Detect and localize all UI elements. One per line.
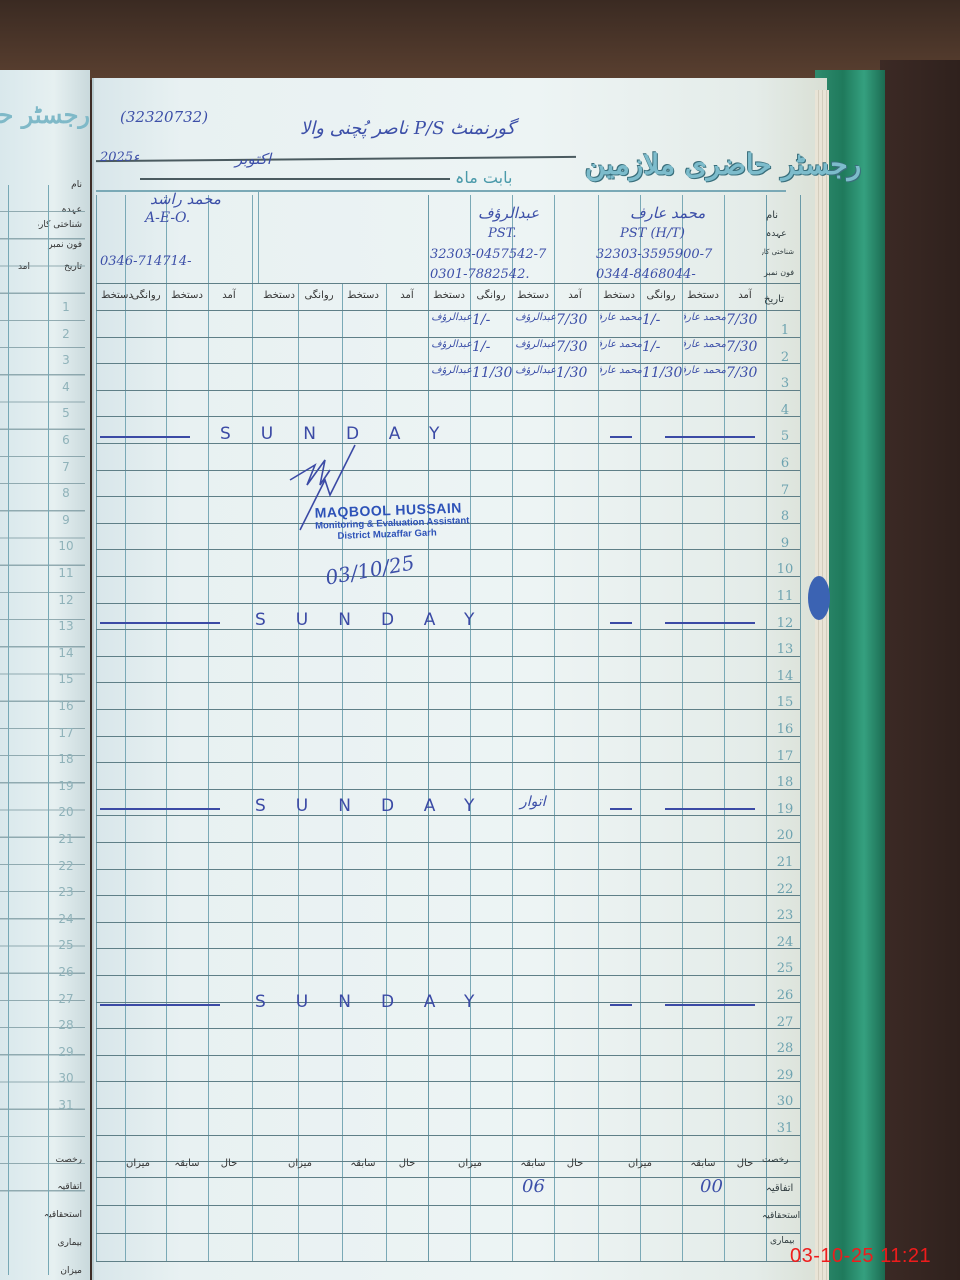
- grid-vertical-line: [166, 195, 167, 1262]
- left-day-number: 3: [52, 353, 80, 367]
- left-day-number: 25: [52, 938, 80, 952]
- left-page-title: رجسٹر حاضری: [0, 100, 90, 129]
- entry-arrival: 7/30: [726, 339, 768, 355]
- employee-2-cnic: 32303-0457542-7: [430, 247, 546, 262]
- label-designation: عہدہ: [766, 229, 787, 239]
- leave-subheader: سابقہ: [682, 1158, 724, 1169]
- leave-row-casual: اتفاقیہ: [766, 1183, 793, 1194]
- left-day-number: 12: [52, 593, 80, 607]
- left-day-number: 8: [52, 486, 80, 500]
- entry-sign-out: عبدالرؤف: [430, 365, 472, 376]
- leave-subheader: حال: [208, 1158, 250, 1169]
- column-header: دستخط: [258, 290, 300, 301]
- column-header: روانگی: [298, 290, 340, 301]
- column-header: آمد: [554, 290, 596, 301]
- school-code: (32320732): [120, 108, 208, 126]
- leave-subheader: میزان: [96, 1158, 180, 1169]
- grid-horizontal-line: [96, 842, 800, 843]
- employee-2-phone: 0301-7882542.: [430, 267, 530, 282]
- left-day-number: 11: [52, 566, 80, 580]
- sunday-dash: [665, 436, 755, 438]
- sunday-dash: [665, 622, 755, 624]
- leave-header: رخصت: [762, 1155, 789, 1165]
- grid-vertical-line: [554, 195, 555, 1262]
- grid-horizontal-line: [96, 682, 800, 683]
- leave-subheader: حال: [554, 1158, 596, 1169]
- sunday-note: اتوار: [520, 794, 546, 810]
- day-number: 31: [770, 1121, 800, 1136]
- grid-vertical-line: [208, 195, 209, 1262]
- column-header: دستخط: [428, 290, 470, 301]
- grid-horizontal-line: [96, 789, 800, 790]
- entry-sign-out: عبدالرؤف: [430, 339, 472, 350]
- background-top: [0, 0, 960, 80]
- left-day-number: 2: [52, 327, 80, 341]
- employee-1-designation: PST (H/T): [620, 226, 685, 241]
- left-day-number: 4: [52, 380, 80, 394]
- leave-subheader: حال: [386, 1158, 428, 1169]
- day-number: 20: [770, 828, 800, 843]
- left-day-number: 19: [52, 779, 80, 793]
- entry-sign-in: عبدالرؤف: [514, 365, 556, 376]
- day-number: 14: [770, 669, 800, 684]
- register-title: رجسٹر حاضری ملازمین: [585, 148, 861, 181]
- entry-sign-in: محمد عارف: [684, 365, 726, 376]
- entry-arrival: 7/30: [726, 365, 768, 381]
- left-day-number: 30: [52, 1071, 80, 1085]
- photo-timestamp: 03-10-25 11:21: [790, 1245, 931, 1268]
- left-day-number: 16: [52, 699, 80, 713]
- left-day-number: 18: [52, 752, 80, 766]
- day-number: 25: [770, 961, 800, 976]
- grid-horizontal-line: [96, 1055, 800, 1056]
- employee-2-designation: PST.: [488, 226, 517, 241]
- day-number: 18: [770, 775, 800, 790]
- left-footer-sick: بیماری: [38, 1238, 82, 1248]
- footer-line: [96, 1233, 800, 1234]
- school-name: گورنمنٹ P/S ناصر پُچنی والا: [300, 118, 515, 139]
- grid-horizontal-line: [96, 310, 800, 311]
- left-day-number: 21: [52, 832, 80, 846]
- left-day-number: 6: [52, 433, 80, 447]
- month-label: بابت ماہ: [455, 168, 512, 187]
- column-header: دستخط: [598, 290, 640, 301]
- leave-subheader: میزان: [428, 1158, 512, 1169]
- leave-subheader: میزان: [598, 1158, 682, 1169]
- day-number: 30: [770, 1094, 800, 1109]
- entry-departure: 11/30: [642, 365, 684, 381]
- grid-vertical-line: [125, 195, 126, 1262]
- sunday-dash: [610, 1004, 632, 1006]
- grid-horizontal-line: [96, 1081, 800, 1082]
- grid-horizontal-line: [96, 363, 800, 364]
- day-number: 26: [770, 988, 800, 1003]
- sunday-dash: [665, 1004, 755, 1006]
- grid-vertical-line: [470, 195, 471, 1262]
- sunday-dash: [100, 622, 220, 624]
- left-day-number: 14: [52, 646, 80, 660]
- sunday-label: SUNDAY: [255, 610, 504, 630]
- left-day-number: 27: [52, 992, 80, 1006]
- grid-horizontal-line: [96, 549, 800, 550]
- entry-sign-in: عبدالرؤف: [514, 312, 556, 323]
- employee-1-name: محمد عارف: [630, 204, 705, 222]
- grid-horizontal-line: [96, 496, 800, 497]
- entry-sign-in: عبدالرؤف: [514, 339, 556, 350]
- leave-subheader: سابقہ: [342, 1158, 384, 1169]
- day-number: 4: [770, 403, 800, 418]
- entry-sign-out: محمد عارف: [600, 312, 642, 323]
- day-number: 5: [770, 429, 800, 444]
- year: 2025ء: [100, 150, 139, 165]
- sunday-dash: [100, 436, 190, 438]
- left-day-number: 1: [52, 300, 80, 314]
- day-number: 12: [770, 616, 800, 631]
- entry-arrival: 7/30: [556, 339, 598, 355]
- day-number: 9: [770, 536, 800, 551]
- entry-arrival: 1/30: [556, 365, 598, 381]
- column-header: روانگی: [640, 290, 682, 301]
- column-header: دستخط: [166, 290, 208, 301]
- sunday-dash: [610, 808, 632, 810]
- left-day-number: 15: [52, 672, 80, 686]
- footer-line: [96, 1177, 800, 1178]
- day-number: 3: [770, 376, 800, 391]
- label-date: تاریخ: [764, 294, 784, 305]
- grid-horizontal-line: [96, 922, 800, 923]
- entry-departure: 1/-: [642, 339, 684, 355]
- day-number: 10: [770, 562, 800, 577]
- day-number: 15: [770, 695, 800, 710]
- entry-departure: 1/-: [642, 312, 684, 328]
- day-number: 8: [770, 509, 800, 524]
- left-day-number: 22: [52, 859, 80, 873]
- grid-vertical-line: [252, 195, 253, 1262]
- employee-1-phone: 0344-8468044-: [596, 267, 696, 282]
- left-footer-total: میزان: [38, 1266, 82, 1276]
- grid-vertical-line: [96, 195, 97, 1262]
- leave-subheader: حال: [724, 1158, 766, 1169]
- entry-arrival: 7/30: [726, 312, 768, 328]
- grid-horizontal-line: [96, 603, 800, 604]
- day-number: 11: [770, 589, 800, 604]
- employee-4-name: محمد راشد: [150, 190, 221, 208]
- column-header: آمد: [724, 290, 766, 301]
- page-edges: [815, 90, 829, 1280]
- employee-2-name: عبدالرؤف: [478, 204, 539, 222]
- column-header: آمد: [386, 290, 428, 301]
- day-number: 16: [770, 722, 800, 737]
- day-number: 21: [770, 855, 800, 870]
- left-day-number: 10: [52, 539, 80, 553]
- day-number: 29: [770, 1068, 800, 1083]
- grid-vertical-line: [682, 195, 683, 1262]
- ink-blot: [808, 576, 830, 620]
- column-header: دستخط: [682, 290, 724, 301]
- grid-horizontal-line: [96, 762, 800, 763]
- day-number: 24: [770, 935, 800, 950]
- grid-vertical-line: [800, 195, 801, 1262]
- left-day-number: 23: [52, 885, 80, 899]
- grid-vertical-line: [598, 195, 599, 1262]
- entry-sign-out: محمد عارف: [600, 339, 642, 350]
- grid-horizontal-line: [96, 1135, 800, 1136]
- grid-horizontal-line: [96, 656, 800, 657]
- footer-line: [96, 1205, 800, 1206]
- grid-horizontal-line: [96, 1028, 800, 1029]
- entry-departure: 11/30: [472, 365, 514, 381]
- label-cnic: شناختی کارڈ نمبر: [762, 248, 794, 256]
- grid-horizontal-line: [96, 576, 800, 577]
- left-day-number: 17: [52, 726, 80, 740]
- column-header: روانگی: [470, 290, 512, 301]
- left-day-number: 28: [52, 1018, 80, 1032]
- grid-vertical-line: [724, 195, 725, 1262]
- day-number: 1: [770, 323, 800, 338]
- day-number: 6: [770, 456, 800, 471]
- sunday-dash: [100, 1004, 220, 1006]
- grid-horizontal-line: [96, 948, 800, 949]
- left-day-number: 5: [52, 406, 80, 420]
- left-grid-line: [8, 185, 9, 1275]
- day-number: 17: [770, 749, 800, 764]
- column-header: آمد: [208, 290, 250, 301]
- left-day-number: 20: [52, 805, 80, 819]
- leave-row-earned: استحقاقیہ: [762, 1211, 800, 1221]
- entry-departure: 1/-: [472, 339, 514, 355]
- leave-subheader: سابقہ: [512, 1158, 554, 1169]
- grid-horizontal-line: [96, 869, 800, 870]
- entry-arrival: 7/30: [556, 312, 598, 328]
- left-day-number: 29: [52, 1045, 80, 1059]
- sunday-label: SUNDAY: [255, 796, 504, 816]
- label-name: نام: [766, 210, 778, 221]
- grid-horizontal-line: [96, 1108, 800, 1109]
- grid-vertical-line: [428, 195, 429, 1262]
- day-number: 13: [770, 642, 800, 657]
- month-value: اکتوبر: [235, 150, 271, 168]
- grid-horizontal-line: [96, 975, 800, 976]
- left-grid-line: [48, 185, 49, 1275]
- background-table-surface: [880, 60, 960, 1280]
- day-number: 22: [770, 882, 800, 897]
- grid-horizontal-line: [96, 337, 800, 338]
- grid-horizontal-line: [96, 283, 800, 284]
- employee-4-phone: 0346-714714-: [100, 254, 192, 269]
- employee-2-casual-previous: 06: [522, 1176, 545, 1197]
- sunday-dash: [100, 808, 220, 810]
- grid-horizontal-line: [96, 709, 800, 710]
- entry-sign-in: محمد عارف: [684, 312, 726, 323]
- left-day-number: 31: [52, 1098, 80, 1112]
- grid-horizontal-line: [96, 895, 800, 896]
- day-number: 23: [770, 908, 800, 923]
- sunday-dash: [610, 622, 632, 624]
- column-header: دستخط: [96, 290, 138, 301]
- entry-sign-out: محمد عارف: [600, 365, 642, 376]
- grid-vertical-line: [258, 192, 259, 284]
- left-day-number: 26: [52, 965, 80, 979]
- column-header: دستخط: [342, 290, 384, 301]
- official-stamp: MAQBOOL HUSSAIN Monitoring & Evaluation …: [314, 499, 470, 542]
- employee-4-designation: A-E-O.: [145, 210, 190, 226]
- day-number: 7: [770, 483, 800, 498]
- entry-sign-in: محمد عارف: [684, 339, 726, 350]
- sunday-dash: [665, 808, 755, 810]
- grid-horizontal-line: [96, 416, 800, 417]
- employee-1-cnic: 32303-3595900-7: [596, 247, 712, 262]
- grid-vertical-line: [766, 195, 767, 1262]
- grid-horizontal-line: [96, 390, 800, 391]
- grid-horizontal-line: [96, 736, 800, 737]
- footer-line: [96, 1261, 800, 1262]
- sunday-label: SUNDAY: [255, 992, 504, 1012]
- label-phone: فون نمبر: [764, 268, 794, 277]
- column-header: دستخط: [512, 290, 554, 301]
- left-day-number: 13: [52, 619, 80, 633]
- grid-vertical-line: [512, 195, 513, 1262]
- month-line: [140, 178, 450, 180]
- day-number: 2: [770, 350, 800, 365]
- entry-sign-out: عبدالرؤف: [430, 312, 472, 323]
- left-day-number: 24: [52, 912, 80, 926]
- grid-horizontal-line: [96, 470, 800, 471]
- leave-subheader: میزان: [258, 1158, 342, 1169]
- entry-departure: 1/-: [472, 312, 514, 328]
- day-number: 28: [770, 1041, 800, 1056]
- grid-vertical-line: [640, 195, 641, 1262]
- left-day-number: 9: [52, 513, 80, 527]
- sunday-dash: [610, 436, 632, 438]
- left-day-number: 7: [52, 460, 80, 474]
- day-number: 27: [770, 1015, 800, 1030]
- day-number: 19: [770, 802, 800, 817]
- employee-1-casual-previous: 00: [700, 1176, 723, 1197]
